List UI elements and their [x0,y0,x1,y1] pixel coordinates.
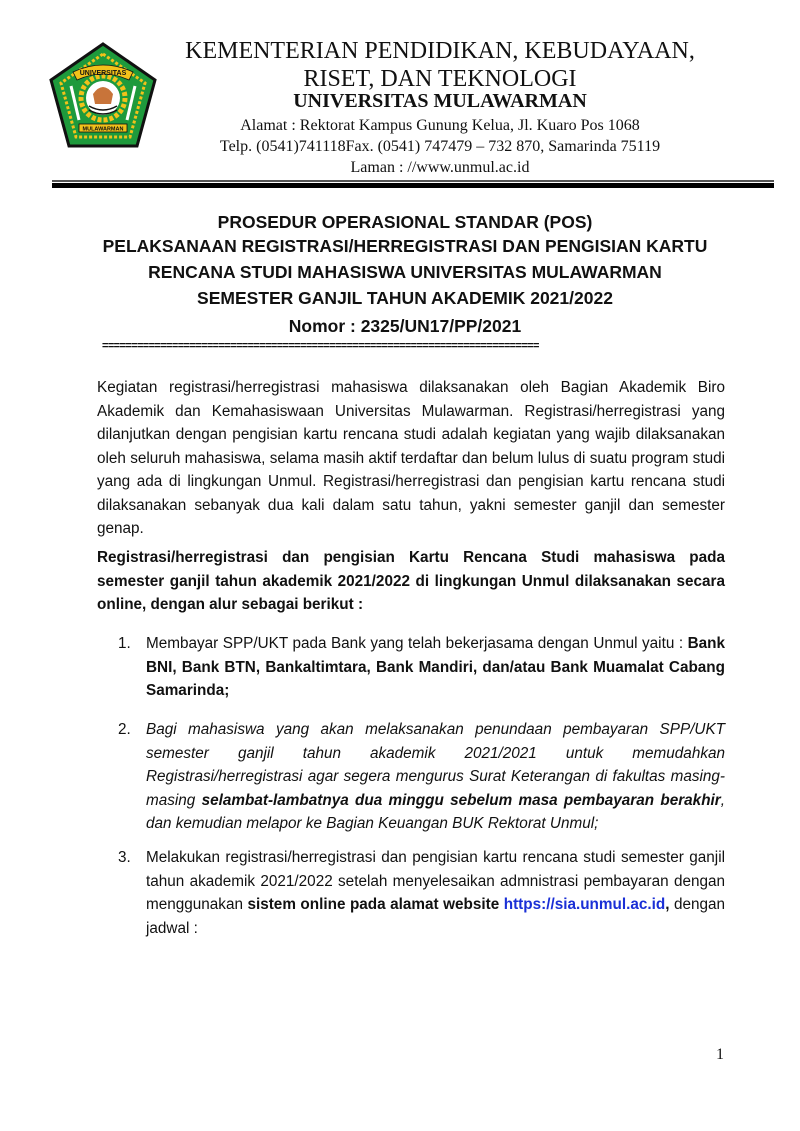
document-title-line4: SEMESTER GANJIL TAHUN AKADEMIK 2021/2022 [60,286,750,310]
phone-fax: Telp. (0541)741118Fax. (0541) 747479 – 7… [180,137,700,157]
ministry-name-line1: KEMENTERIAN PENDIDIKAN, KEBUDAYAAN, [180,38,700,64]
step-text: Membayar SPP/UKT pada Bank yang telah be… [146,635,688,652]
university-name: UNIVERSITAS MULAWARMAN [180,89,700,113]
letterhead-divider-thin [52,180,774,182]
letterhead: UNIVERSITAS MULAWARMAN KEMENTERIAN PENDI… [0,0,800,200]
step-2: 2. Bagi mahasiswa yang akan melaksanakan… [118,718,725,836]
title-separator: ========================================… [102,338,718,354]
lead-paragraph: Registrasi/herregistrasi dan pengisian K… [97,546,725,617]
step-deadline: selambat-lambatnya dua minggu sebelum ma… [202,792,721,809]
address: Alamat : Rektorat Kampus Gunung Kelua, J… [180,116,700,136]
svg-text:UNIVERSITAS: UNIVERSITAS [80,70,127,77]
svg-text:MULAWARMAN: MULAWARMAN [83,127,124,133]
intro-paragraph: Kegiatan registrasi/herregistrasi mahasi… [97,376,725,541]
page-number: 1 [716,1046,724,1064]
university-emblem-icon: UNIVERSITAS MULAWARMAN [47,40,159,152]
step-number: 1. [118,632,146,656]
step-3: 3. Melakukan registrasi/herregistrasi da… [118,846,725,940]
step-1: 1. Membayar SPP/UKT pada Bank yang telah… [118,632,725,703]
step-number: 3. [118,846,146,870]
website: Laman : //www.unmul.ac.id [180,158,700,178]
sia-website-link[interactable]: https://sia.unmul.ac.id [504,896,665,913]
step-number: 2. [118,718,146,742]
document-title-line2: PELAKSANAAN REGISTRASI/HERREGISTRASI DAN… [60,234,750,258]
document-title-line3: RENCANA STUDI MAHASISWA UNIVERSITAS MULA… [60,260,750,284]
step-system-online: sistem online pada alamat website [247,896,499,913]
document-number: Nomor : 2325/UN17/PP/2021 [60,314,750,338]
letterhead-divider-thick [52,183,774,188]
document-title-line1: PROSEDUR OPERASIONAL STANDAR (POS) [60,210,750,234]
